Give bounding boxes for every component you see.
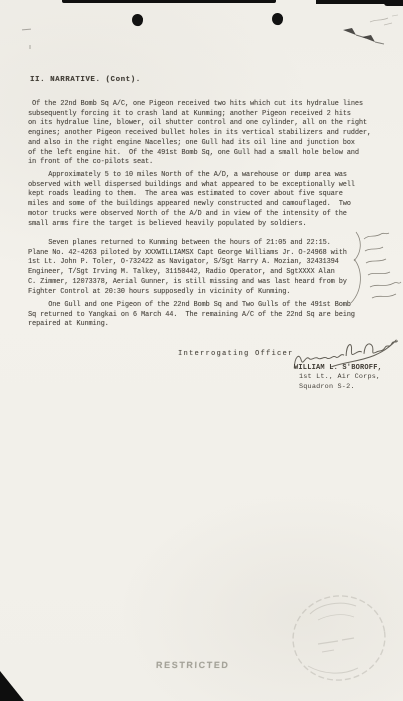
handwritten-margin-note bbox=[348, 230, 403, 306]
pencil-mark bbox=[29, 45, 31, 49]
scan-edge-top-left bbox=[62, 0, 276, 3]
paragraph-battle-damage: Of the 22nd Bomb Sq A/C, one Pigeon rece… bbox=[28, 100, 388, 168]
paragraph-missing-plane: Seven planes returned to Kunming between… bbox=[28, 239, 388, 297]
punch-hole-right bbox=[271, 12, 284, 25]
scan-edge-corner bbox=[384, 0, 403, 6]
paragraph-warehouse-area: Approximately 5 to 10 miles North of the… bbox=[28, 171, 388, 229]
section-heading: II. NARRATIVE. (Cont). bbox=[30, 76, 141, 84]
punch-hole-left bbox=[131, 13, 144, 26]
restricted-stamp: RESTRICTED bbox=[156, 660, 230, 670]
paragraph-return-status: One Gull and one Pigeon of the 22nd Bomb… bbox=[28, 301, 388, 330]
signature-label: Interrogating Officer bbox=[178, 350, 294, 358]
officer-rank: 1st Lt., Air Corps, bbox=[299, 373, 382, 382]
pencil-mark bbox=[22, 29, 31, 31]
signature-block: WILLIAM L. S'BOROFF, 1st Lt., Air Corps,… bbox=[294, 364, 382, 392]
scan-edge-bottom-left bbox=[0, 671, 24, 701]
officer-unit: Squadron S-2. bbox=[299, 383, 382, 392]
document-scan: { "document": { "heading": "II. NARRATIV… bbox=[0, 0, 403, 701]
officer-name: WILLIAM L. S'BOROFF, bbox=[294, 364, 382, 373]
faint-circular-stamp bbox=[288, 592, 392, 686]
pencil-arrow-marks bbox=[336, 12, 400, 48]
